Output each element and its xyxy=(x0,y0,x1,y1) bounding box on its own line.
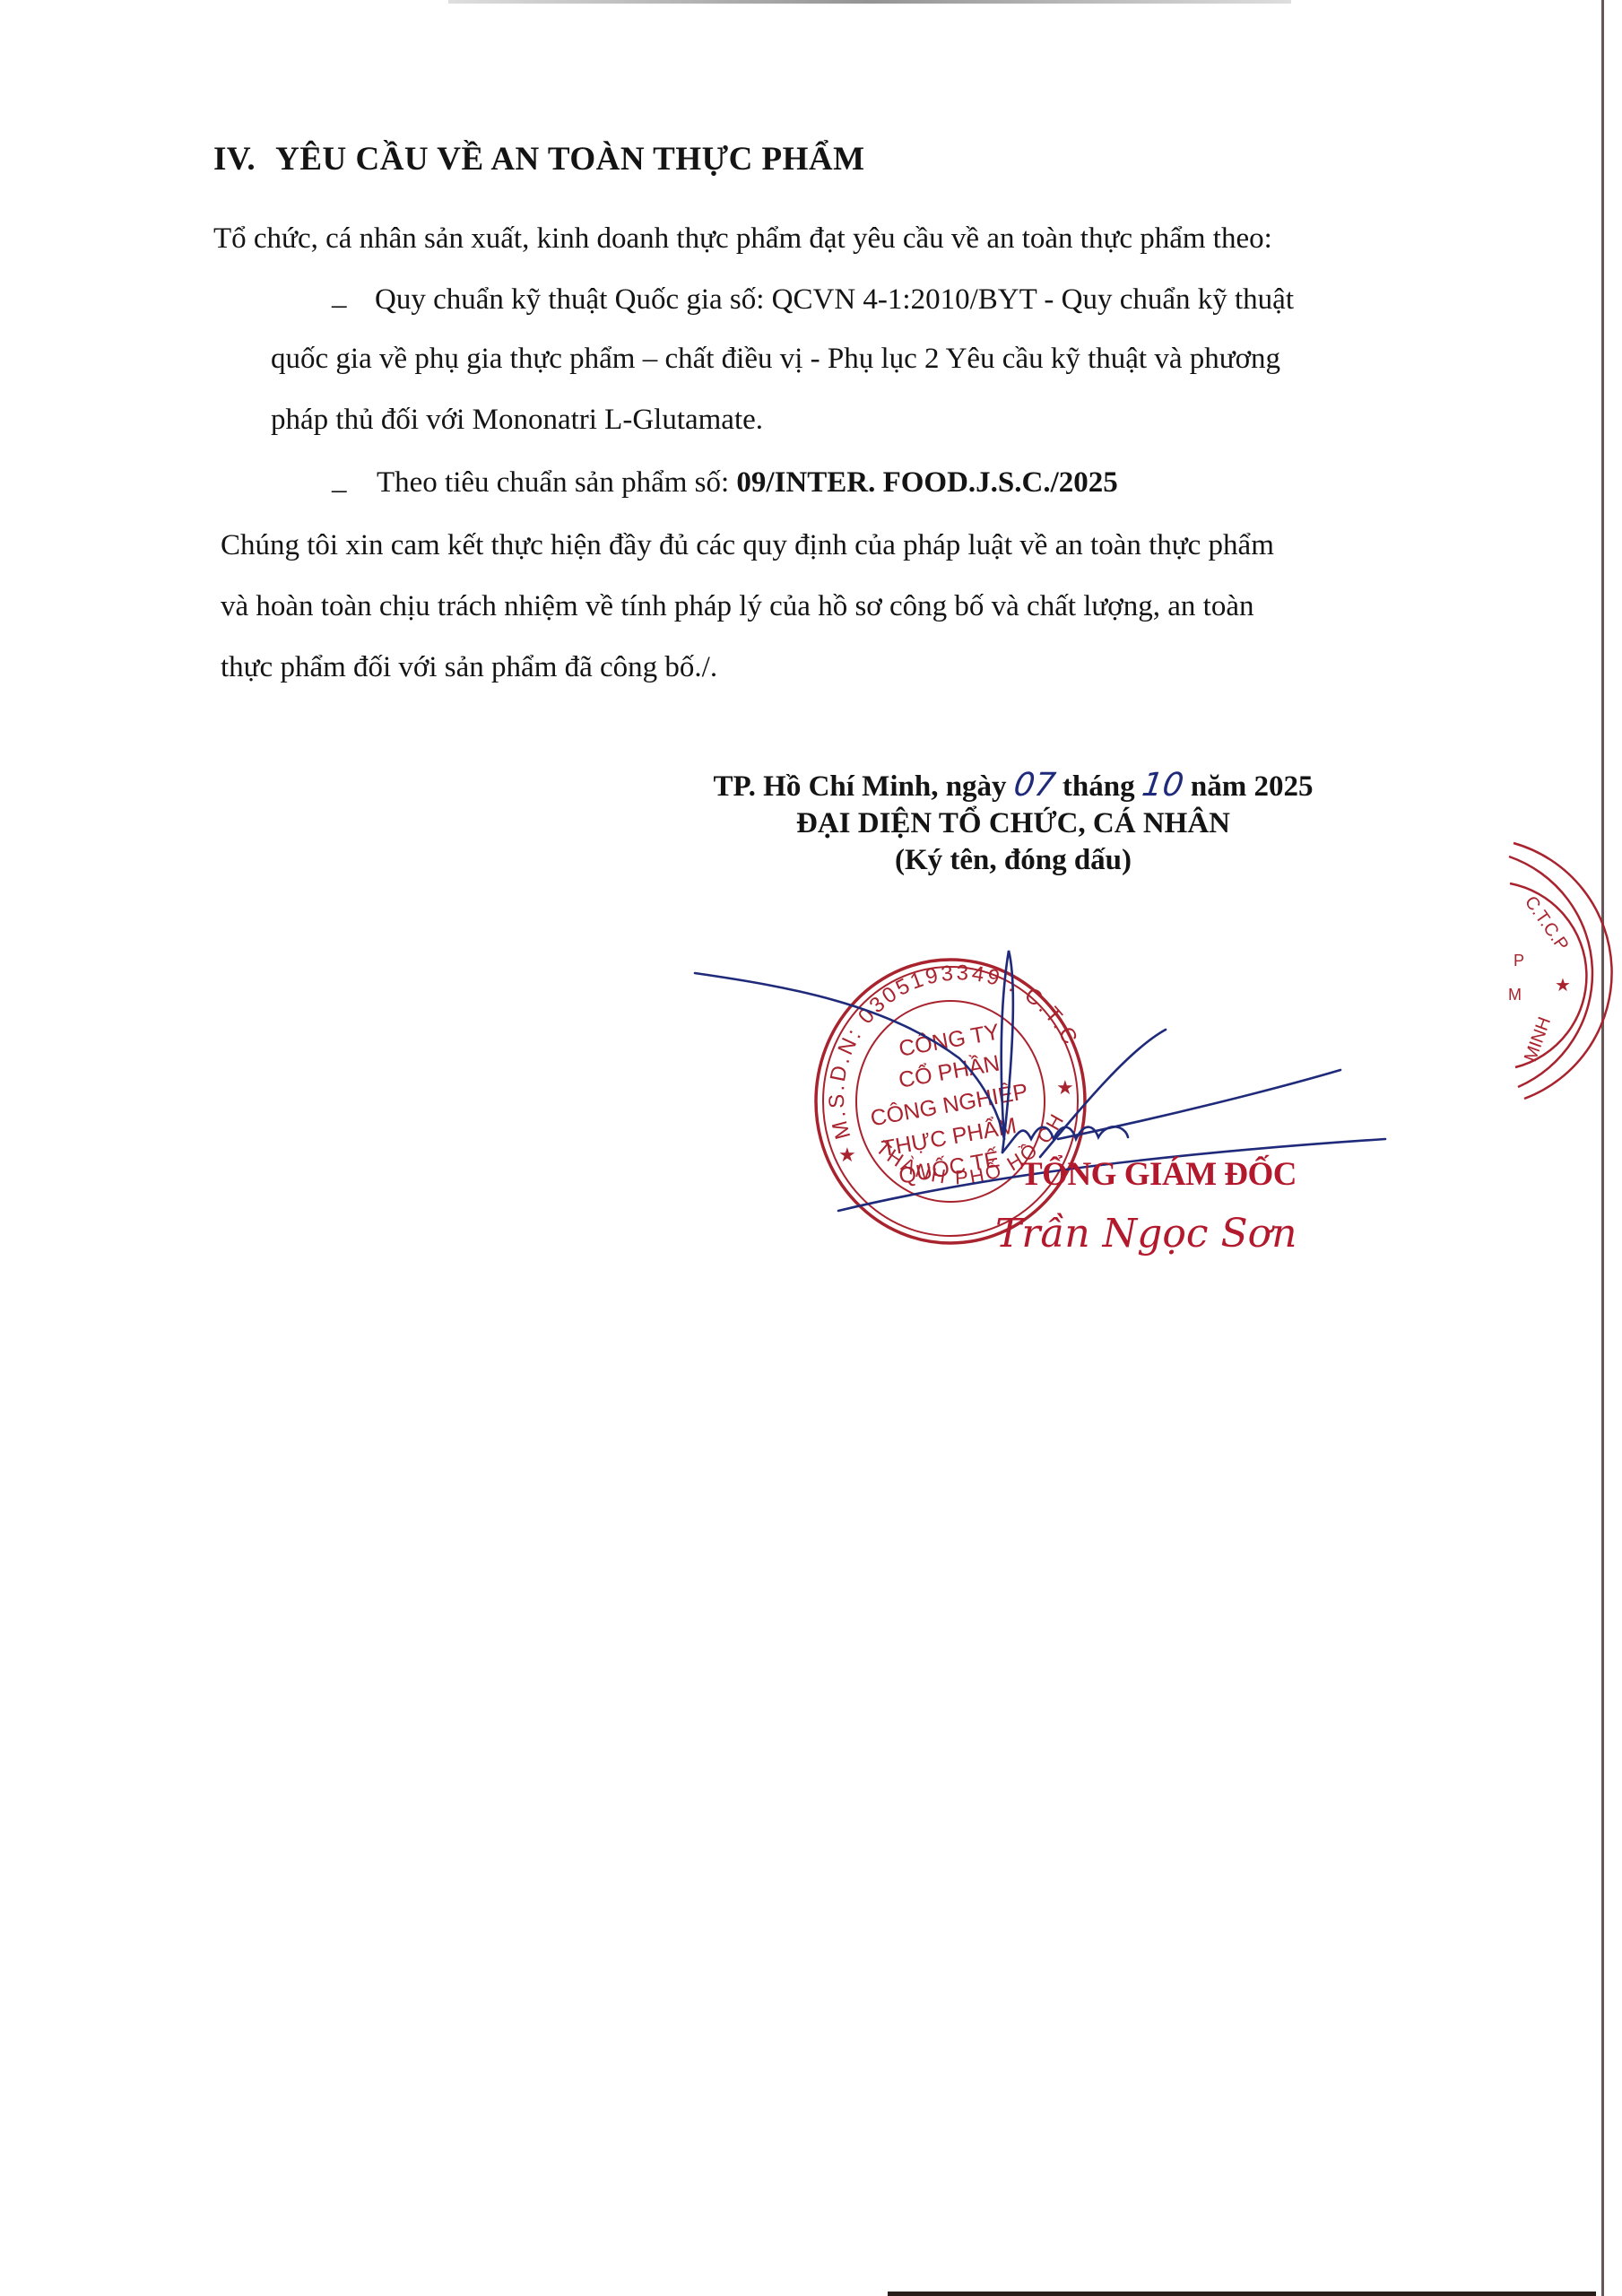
svg-text:MINH: MINH xyxy=(1521,1014,1555,1065)
svg-text:★: ★ xyxy=(1056,1076,1074,1099)
signer-name: Trần Ngọc Sơn xyxy=(995,1211,1297,1257)
svg-text:M.S.D.N: 0305193349 . C.T.C.P: M.S.D.N: 0305193349 . C.T.C.P xyxy=(0,0,1083,1142)
svg-text:★: ★ xyxy=(1555,976,1571,996)
seal-text: M.S.D.N: 0305193349 . C.T.C.P THÀNH PHỐ … xyxy=(0,0,1083,1189)
stamp-and-signature: M.S.D.N: 0305193349 . C.T.C.P THÀNH PHỐ … xyxy=(0,0,1622,1345)
signer-title: TỔNG GIÁM ĐỐC xyxy=(1020,1155,1297,1194)
svg-text:P: P xyxy=(1514,952,1524,970)
page-edge-bottom xyxy=(888,2292,1596,2296)
svg-text:M: M xyxy=(1508,986,1522,1004)
partial-seal-right-edge xyxy=(1509,843,1612,1099)
svg-text:★: ★ xyxy=(838,1144,856,1166)
svg-text:C.T.C.P: C.T.C.P xyxy=(1521,892,1573,954)
